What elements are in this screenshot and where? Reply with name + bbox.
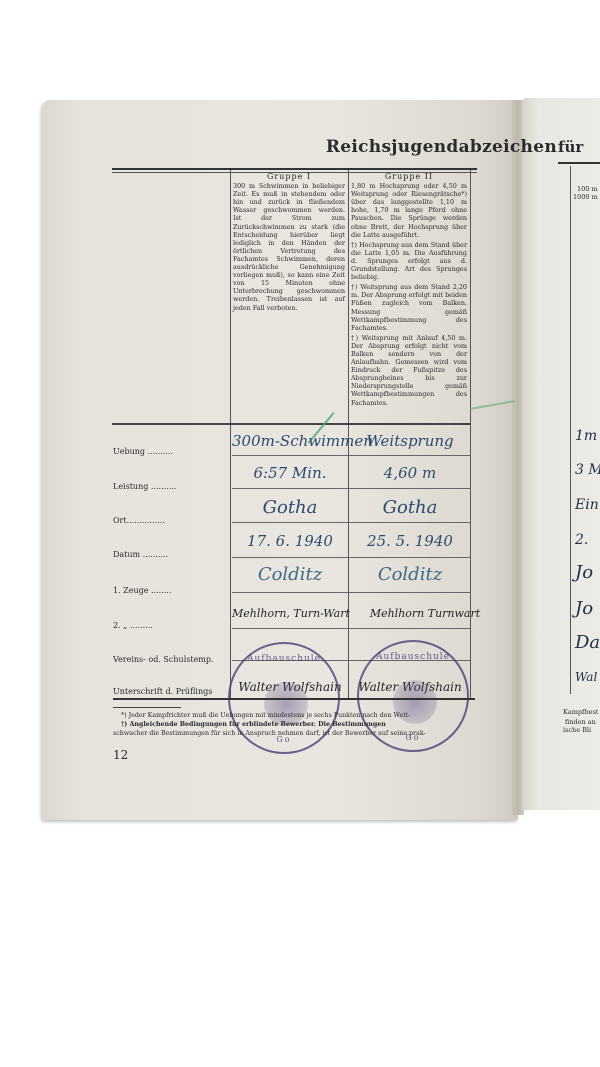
row-line-4: [232, 557, 470, 558]
right-page-title-fragment: für: [558, 138, 583, 156]
right-page-entry-8: Wal: [575, 670, 597, 684]
right-page-entry-5: Jo: [575, 562, 593, 583]
col1-datum-entry: 17. 6. 1940: [232, 532, 348, 550]
col1-zeuge2-entry: Mehlhorn, Turn-Wart: [232, 607, 348, 620]
right-page-footnote-1: Kampfbest: [563, 708, 598, 716]
label-zeuge-2: 2. „ .........: [113, 621, 228, 630]
table-header-rule: [112, 423, 470, 425]
group-1-heading: Gruppe I: [233, 173, 345, 181]
col2-ort-entry: Gotha: [350, 497, 470, 518]
col1-zeuge1-entry: Colditz: [232, 564, 348, 585]
right-page-table-divider: [570, 166, 571, 694]
right-page-text-2: 1000 m: [573, 193, 598, 201]
col2-zeuge2-entry: Mehlhorn Turnwart: [350, 607, 500, 620]
group-2-note-anlaufweitsprung: †) Weitsprung mit Anlauf 4,50 m. Der Abs…: [351, 334, 467, 407]
col2-leistung-entry: 4,60 m: [350, 464, 470, 482]
right-page-footnote-3: ische Bli: [563, 726, 591, 734]
right-page-entry-3: Ein: [575, 497, 599, 513]
group-2-intro: 1,80 m Hochsprung oder 4,50 m Weitsprung…: [351, 182, 467, 239]
table-bottom-rule: [113, 698, 475, 700]
page-number: 12: [113, 748, 128, 762]
table-divider-left: [230, 170, 231, 700]
right-page-entry-4: 2.: [575, 532, 588, 548]
row-line-6: [232, 628, 470, 629]
right-page-title-rule: [558, 162, 600, 164]
row-line-3: [232, 522, 470, 523]
table-divider-right: [470, 170, 471, 700]
label-leistung: Leistung ..........: [113, 482, 228, 491]
label-zeuge-1: 1. Zeuge ........: [113, 586, 228, 595]
group-1-text: 300 m Schwimmen in beliebiger Zeit. Es m…: [233, 182, 345, 312]
right-page-text-1: 100 m: [577, 185, 598, 193]
right-page-entry-1: 1m: [575, 428, 597, 444]
page-title: Reichsjugendabzeichen: [326, 137, 557, 157]
col1-ort-entry: Gotha: [232, 497, 348, 518]
right-page-entry-7: Da: [575, 632, 600, 653]
col1-leistung-entry: 6:57 Min.: [232, 464, 348, 482]
right-page-entry-6: Jo: [575, 598, 593, 619]
row-line-2: [232, 488, 470, 489]
right-page-entry-2: 3 M: [575, 462, 600, 478]
footnote-1: *) Jeder Kampfrichter muß die Uebungen m…: [113, 712, 486, 719]
eagle-emblem-icon: [264, 682, 308, 726]
label-unterschrift: Unterschrift d. Prüflings: [113, 687, 228, 696]
footnote-2: †) Angleichende Bedingungen für erblinde…: [113, 721, 486, 728]
footnote-separator: [113, 707, 181, 708]
title-rule: [112, 168, 477, 170]
col2-datum-entry: 25. 5. 1940: [350, 532, 470, 550]
stamp-2-text: Aufbauschule: [359, 652, 467, 662]
group-2-heading: Gruppe II: [351, 173, 467, 181]
row-line-1: [232, 455, 470, 456]
group-1-description: Gruppe I 300 m Schwimmen in beliebiger Z…: [233, 173, 345, 312]
col1-uebung-entry: 300m-Schwimmen: [232, 432, 348, 450]
col2-uebung-entry: Weitsprung: [350, 432, 470, 450]
row-line-5: [232, 592, 470, 593]
group-2-description: Gruppe II 1,80 m Hochsprung oder 4,50 m …: [351, 173, 467, 407]
group-2-note-standweitsprung: †) Weitsprung aus dem Stand 2,20 m. Der …: [351, 283, 467, 332]
label-uebung: Uebung ..........: [113, 447, 228, 456]
label-vereinsstempel: Vereins- od. Schulstemp.: [113, 655, 228, 664]
footnote-3: schwacher die Bestimmungen für sich in A…: [113, 730, 478, 737]
stamp-1-text: Aufbauschule: [230, 654, 338, 664]
right-page-footnote-2: finden an: [565, 718, 596, 726]
label-ort: Ort...............: [113, 516, 228, 525]
label-datum: Datum ..........: [113, 550, 228, 559]
group-2-note-hochsprung: †) Hochsprung aus dem Stand über die Lat…: [351, 241, 467, 281]
right-page: [522, 98, 600, 810]
col2-zeuge1-entry: Colditz: [350, 564, 470, 585]
